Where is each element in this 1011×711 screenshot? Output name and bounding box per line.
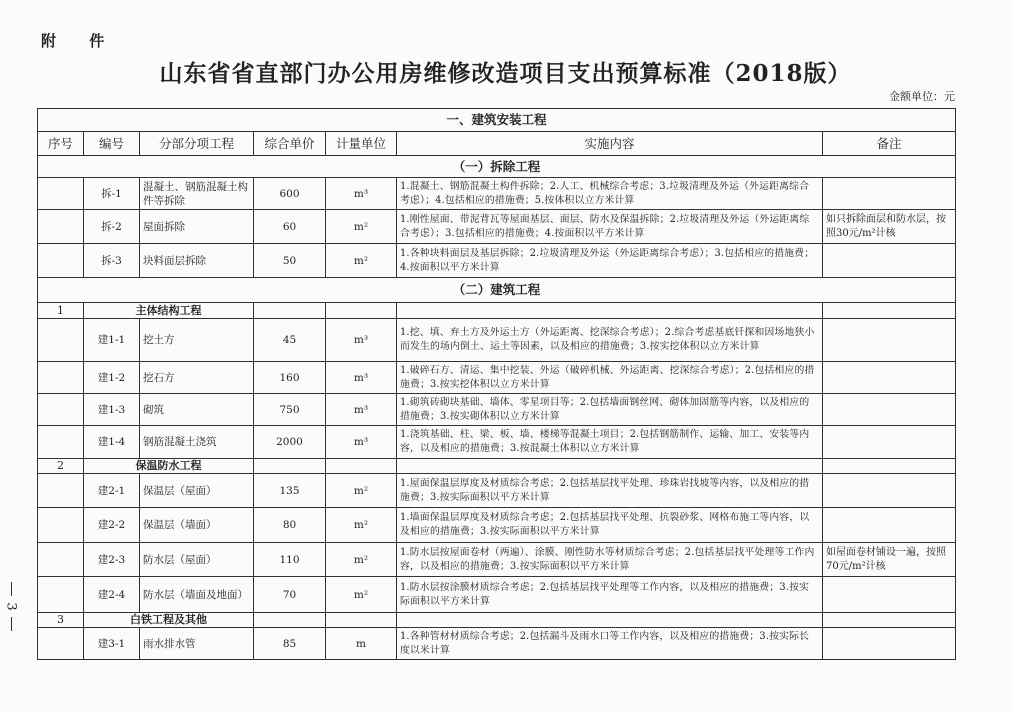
cell-content: 1.防水层按屋面卷材（两遍）、涂膜、刚性防水等材质综合考虑；2.包括基层找平处理… — [397, 543, 823, 577]
cell-code: 拆-1 — [84, 178, 140, 210]
cell-remark — [823, 628, 956, 660]
empty-cell — [397, 613, 823, 628]
col-header-item: 分部分项工程 — [140, 132, 254, 156]
cell-item: 雨水排水管 — [140, 628, 254, 660]
table-row: 建1-3 砌筑 750 m³ 1.砌筑砖砌块基础、墙体、零星项目等；2.包括墙面… — [38, 394, 956, 426]
cell-unit: m² — [326, 244, 397, 278]
table-row: 建3-1 雨水排水管 85 m 1.各种管材材质综合考虑；2.包括漏斗及雨水口等… — [38, 628, 956, 660]
cell-price: 70 — [254, 577, 326, 613]
section-row: （二）建筑工程 — [38, 278, 956, 303]
cell-no — [38, 628, 84, 660]
cell-price: 85 — [254, 628, 326, 660]
cell-code: 建2-1 — [84, 474, 140, 508]
cell-code: 建3-1 — [84, 628, 140, 660]
table-row: 建2-2 保温层（墙面） 80 m² 1.墙面保温层厚度及材质综合考虑；2.包括… — [38, 508, 956, 543]
cell-price: 60 — [254, 210, 326, 244]
cell-code: 拆-2 — [84, 210, 140, 244]
table-row: 建2-3 防水层（屋面） 110 m² 1.防水层按屋面卷材（两遍）、涂膜、刚性… — [38, 543, 956, 577]
cell-unit: m² — [326, 543, 397, 577]
cell-unit: m² — [326, 508, 397, 543]
cell-item: 挖土方 — [140, 319, 254, 362]
cell-price: 80 — [254, 508, 326, 543]
group-no: 3 — [38, 613, 84, 628]
table-row: 建1-4 钢筋混凝土浇筑 2000 m³ 1.浇筑基础、柱、梁、板、墙、楼梯等混… — [38, 426, 956, 459]
cell-unit: m³ — [326, 426, 397, 459]
table-row: 拆-3 块料面层拆除 50 m² 1.各种块料面层及基层拆除；2.垃圾清理及外运… — [38, 244, 956, 278]
cell-no — [38, 508, 84, 543]
cell-item: 混凝土、钢筋混凝土构件等拆除 — [140, 178, 254, 210]
empty-cell — [397, 459, 823, 474]
col-header-price: 综合单价 — [254, 132, 326, 156]
budget-standard-table: 一、建筑安装工程 序号 编号 分部分项工程 综合单价 计量单位 实施内容 备注 … — [37, 108, 956, 660]
empty-cell — [326, 303, 397, 319]
page-dash-bottom — [11, 617, 12, 631]
cell-no — [38, 319, 84, 362]
cell-no — [38, 543, 84, 577]
cell-content: 1.屋面保温层厚度及材质综合考虑；2.包括基层找平处理、珍珠岩找坡等内容，以及相… — [397, 474, 823, 508]
cell-content: 1.刚性屋面、带泥背瓦等屋面基层、面层、防水及保温拆除；2.垃圾清理及外运（外运… — [397, 210, 823, 244]
cell-content: 1.各种管材材质综合考虑；2.包括漏斗及雨水口等工作内容，以及相应的措施费；3.… — [397, 628, 823, 660]
empty-cell — [823, 303, 956, 319]
cell-code: 建2-4 — [84, 577, 140, 613]
cell-price: 45 — [254, 319, 326, 362]
cell-price: 750 — [254, 394, 326, 426]
main-section-title: 一、建筑安装工程 — [38, 109, 956, 132]
cell-price: 110 — [254, 543, 326, 577]
empty-cell — [326, 459, 397, 474]
cell-remark: 如只拆除面层和防水层，按照30元/m²计核 — [823, 210, 956, 244]
cell-item: 防水层（墙面及地面） — [140, 577, 254, 613]
cell-remark — [823, 577, 956, 613]
cell-unit: m² — [326, 474, 397, 508]
cell-remark — [823, 178, 956, 210]
group-title: 白铁工程及其他 — [84, 613, 254, 628]
table-row: 建2-1 保温层（屋面） 135 m² 1.屋面保温层厚度及材质综合考虑；2.包… — [38, 474, 956, 508]
cell-unit: m³ — [326, 394, 397, 426]
table-row: 建1-2 挖石方 160 m³ 1.破碎石方、清运、集中挖装、外运（破碎机械、外… — [38, 362, 956, 394]
group-title: 保温防水工程 — [84, 459, 254, 474]
cell-remark — [823, 508, 956, 543]
empty-cell — [823, 459, 956, 474]
cell-no — [38, 362, 84, 394]
section-row: （一）拆除工程 — [38, 156, 956, 178]
group-no: 2 — [38, 459, 84, 474]
col-header-unit: 计量单位 — [326, 132, 397, 156]
main-section-row: 一、建筑安装工程 — [38, 109, 956, 132]
cell-price: 160 — [254, 362, 326, 394]
cell-no — [38, 394, 84, 426]
col-header-code: 编号 — [84, 132, 140, 156]
section-title: （一）拆除工程 — [38, 156, 956, 178]
cell-item: 砌筑 — [140, 394, 254, 426]
attachment-label: 附 件 — [41, 30, 118, 51]
cell-code: 建2-3 — [84, 543, 140, 577]
cell-no — [38, 210, 84, 244]
cell-item: 钢筋混凝土浇筑 — [140, 426, 254, 459]
cell-code: 建1-2 — [84, 362, 140, 394]
cell-content: 1.浇筑基础、柱、梁、板、墙、楼梯等混凝土项目；2.包括钢筋制作、运输、加工、安… — [397, 426, 823, 459]
cell-item: 防水层（屋面） — [140, 543, 254, 577]
cell-no — [38, 426, 84, 459]
cell-item: 块料面层拆除 — [140, 244, 254, 278]
cell-remark — [823, 244, 956, 278]
group-row: 3 白铁工程及其他 — [38, 613, 956, 628]
cell-unit: m³ — [326, 319, 397, 362]
cell-unit: m³ — [326, 362, 397, 394]
cell-content: 1.各种块料面层及基层拆除；2.垃圾清理及外运（外运距离综合考虑）；3.包括相应… — [397, 244, 823, 278]
cell-content: 1.破碎石方、清运、集中挖装、外运（破碎机械、外运距离、挖深综合考虑）；2.包括… — [397, 362, 823, 394]
cell-code: 建1-1 — [84, 319, 140, 362]
cell-item: 挖石方 — [140, 362, 254, 394]
cell-unit: m² — [326, 210, 397, 244]
page-dash-top — [11, 582, 12, 596]
cell-remark — [823, 362, 956, 394]
col-header-content: 实施内容 — [397, 132, 823, 156]
cell-price: 50 — [254, 244, 326, 278]
cell-no — [38, 577, 84, 613]
cell-remark — [823, 394, 956, 426]
cell-content: 1.挖、填、弃土方及外运土方（外运距离、挖深综合考虑）；2.综合考虑基底钎探和因… — [397, 319, 823, 362]
cell-content: 1.砌筑砖砌块基础、墙体、零星项目等；2.包括墙面钢丝网、砌体加固筋等内容，以及… — [397, 394, 823, 426]
cell-no — [38, 178, 84, 210]
column-header-row: 序号 编号 分部分项工程 综合单价 计量单位 实施内容 备注 — [38, 132, 956, 156]
cell-code: 拆-3 — [84, 244, 140, 278]
cell-content: 1.墙面保温层厚度及材质综合考虑；2.包括基层找平处理、抗裂砂浆、网格布施工等内… — [397, 508, 823, 543]
empty-cell — [254, 303, 326, 319]
cell-price: 600 — [254, 178, 326, 210]
empty-cell — [254, 613, 326, 628]
cell-price: 2000 — [254, 426, 326, 459]
cell-content: 1.防水层按涂膜材质综合考虑；2.包括基层找平处理等工作内容，以及相应的措施费；… — [397, 577, 823, 613]
cell-item: 保温层（屋面） — [140, 474, 254, 508]
cell-code: 建2-2 — [84, 508, 140, 543]
cell-remark: 如屋面卷材铺设一遍，按照70元/m²计核 — [823, 543, 956, 577]
cell-unit: m² — [326, 577, 397, 613]
cell-content: 1.混凝土、钢筋混凝土构件拆除；2.人工、机械综合考虑；3.垃圾清理及外运（外运… — [397, 178, 823, 210]
page-number: 3 — [4, 582, 18, 631]
group-row: 2 保温防水工程 — [38, 459, 956, 474]
amount-unit-label: 金额单位：元 — [889, 88, 955, 104]
cell-no — [38, 244, 84, 278]
cell-code: 建1-3 — [84, 394, 140, 426]
group-row: 1 主体结构工程 — [38, 303, 956, 319]
table-row: 拆-2 屋面拆除 60 m² 1.刚性屋面、带泥背瓦等屋面基层、面层、防水及保温… — [38, 210, 956, 244]
empty-cell — [397, 303, 823, 319]
cell-no — [38, 474, 84, 508]
empty-cell — [254, 459, 326, 474]
cell-remark — [823, 474, 956, 508]
group-title: 主体结构工程 — [84, 303, 254, 319]
document-title: 山东省省直部门办公用房维修改造项目支出预算标准（2018版） — [0, 55, 1011, 88]
col-header-remark: 备注 — [823, 132, 956, 156]
cell-code: 建1-4 — [84, 426, 140, 459]
cell-unit: m³ — [326, 178, 397, 210]
section-title: （二）建筑工程 — [38, 278, 956, 303]
cell-remark — [823, 426, 956, 459]
table-row: 建2-4 防水层（墙面及地面） 70 m² 1.防水层按涂膜材质综合考虑；2.包… — [38, 577, 956, 613]
cell-price: 135 — [254, 474, 326, 508]
table-row: 拆-1 混凝土、钢筋混凝土构件等拆除 600 m³ 1.混凝土、钢筋混凝土构件拆… — [38, 178, 956, 210]
cell-remark — [823, 319, 956, 362]
cell-unit: m — [326, 628, 397, 660]
cell-item: 保温层（墙面） — [140, 508, 254, 543]
empty-cell — [326, 613, 397, 628]
col-header-no: 序号 — [38, 132, 84, 156]
group-no: 1 — [38, 303, 84, 319]
table-row: 建1-1 挖土方 45 m³ 1.挖、填、弃土方及外运土方（外运距离、挖深综合考… — [38, 319, 956, 362]
empty-cell — [823, 613, 956, 628]
cell-item: 屋面拆除 — [140, 210, 254, 244]
